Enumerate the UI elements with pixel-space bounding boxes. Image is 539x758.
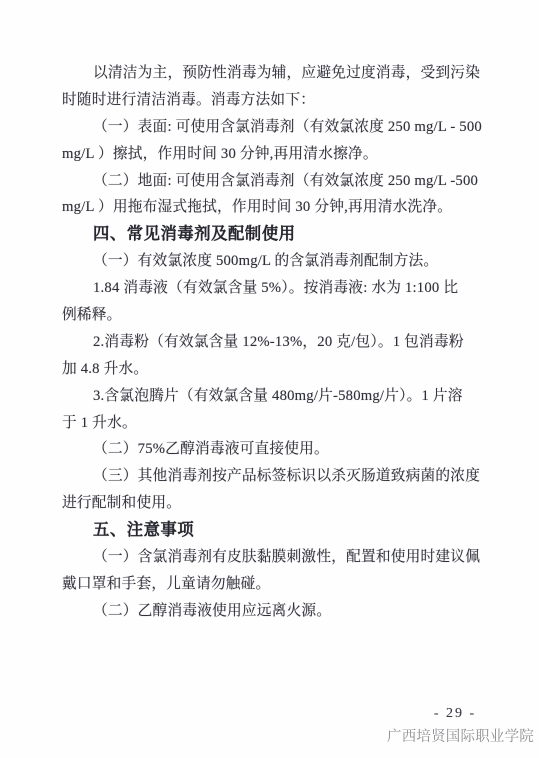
text-line: 1.84 消毒液（有效氯含量 5%）。按消毒液: 水为 1:100 比 (62, 275, 486, 302)
text-line: 于 1 升水。 (62, 410, 486, 437)
text-line: 加 4.8 升水。 (62, 356, 486, 383)
text-line: （一）含氯消毒剂有皮肤黏膜刺激性，配置和使用时建议佩 (62, 544, 486, 571)
text-line: （一）表面: 可使用含氯消毒剂（有效氯浓度 250 mg/L - 500 (62, 114, 486, 141)
document-body: 以清洁为主，预防性消毒为辅，应避免过度消毒，受到污染时随时进行清洁消毒。消毒方法… (62, 60, 486, 625)
text-line: mg/L ）用拖布湿式拖拭，作用时间 30 分钟,再用清水洗净。 (62, 194, 486, 221)
text-line: 2.消毒粉（有效氯含量 12%-13%，20 克/包）。1 包消毒粉 (62, 329, 486, 356)
text-line: 例稀释。 (62, 302, 486, 329)
text-line: （二）乙醇消毒液使用应远离火源。 (62, 598, 486, 625)
text-line: （二）地面: 可使用含氯消毒剂（有效氯浓度 250 mg/L -500 (62, 168, 486, 195)
text-line: mg/L ）擦拭，作用时间 30 分钟,再用清水擦净。 (62, 141, 486, 168)
text-line: 3.含氯泡腾片（有效氯含量 480mg/片-580mg/片）。1 片溶 (62, 383, 486, 410)
text-line: （二）75%乙醇消毒液可直接使用。 (62, 436, 486, 463)
text-line: 戴口罩和手套，儿童请勿触碰。 (62, 571, 486, 598)
section-heading: 四、常见消毒剂及配制使用 (62, 221, 486, 248)
text-line: （一）有效氯浓度 500mg/L 的含氯消毒剂配制方法。 (62, 248, 486, 275)
text-line: 以清洁为主，预防性消毒为辅，应避免过度消毒，受到污染 (62, 60, 486, 87)
text-line: 时随时进行清洁消毒。消毒方法如下： (62, 87, 486, 114)
section-heading: 五、注意事项 (62, 517, 486, 544)
document-page: 以清洁为主，预防性消毒为辅，应避免过度消毒，受到污染时随时进行清洁消毒。消毒方法… (0, 0, 539, 758)
text-line: （三）其他消毒剂按产品标签标识以杀灭肠道致病菌的浓度 (62, 463, 486, 490)
text-line: 进行配制和使用。 (62, 490, 486, 517)
footer-institution: 广西培贤国际职业学院 (387, 726, 534, 748)
page-number: - 29 - (425, 705, 485, 723)
